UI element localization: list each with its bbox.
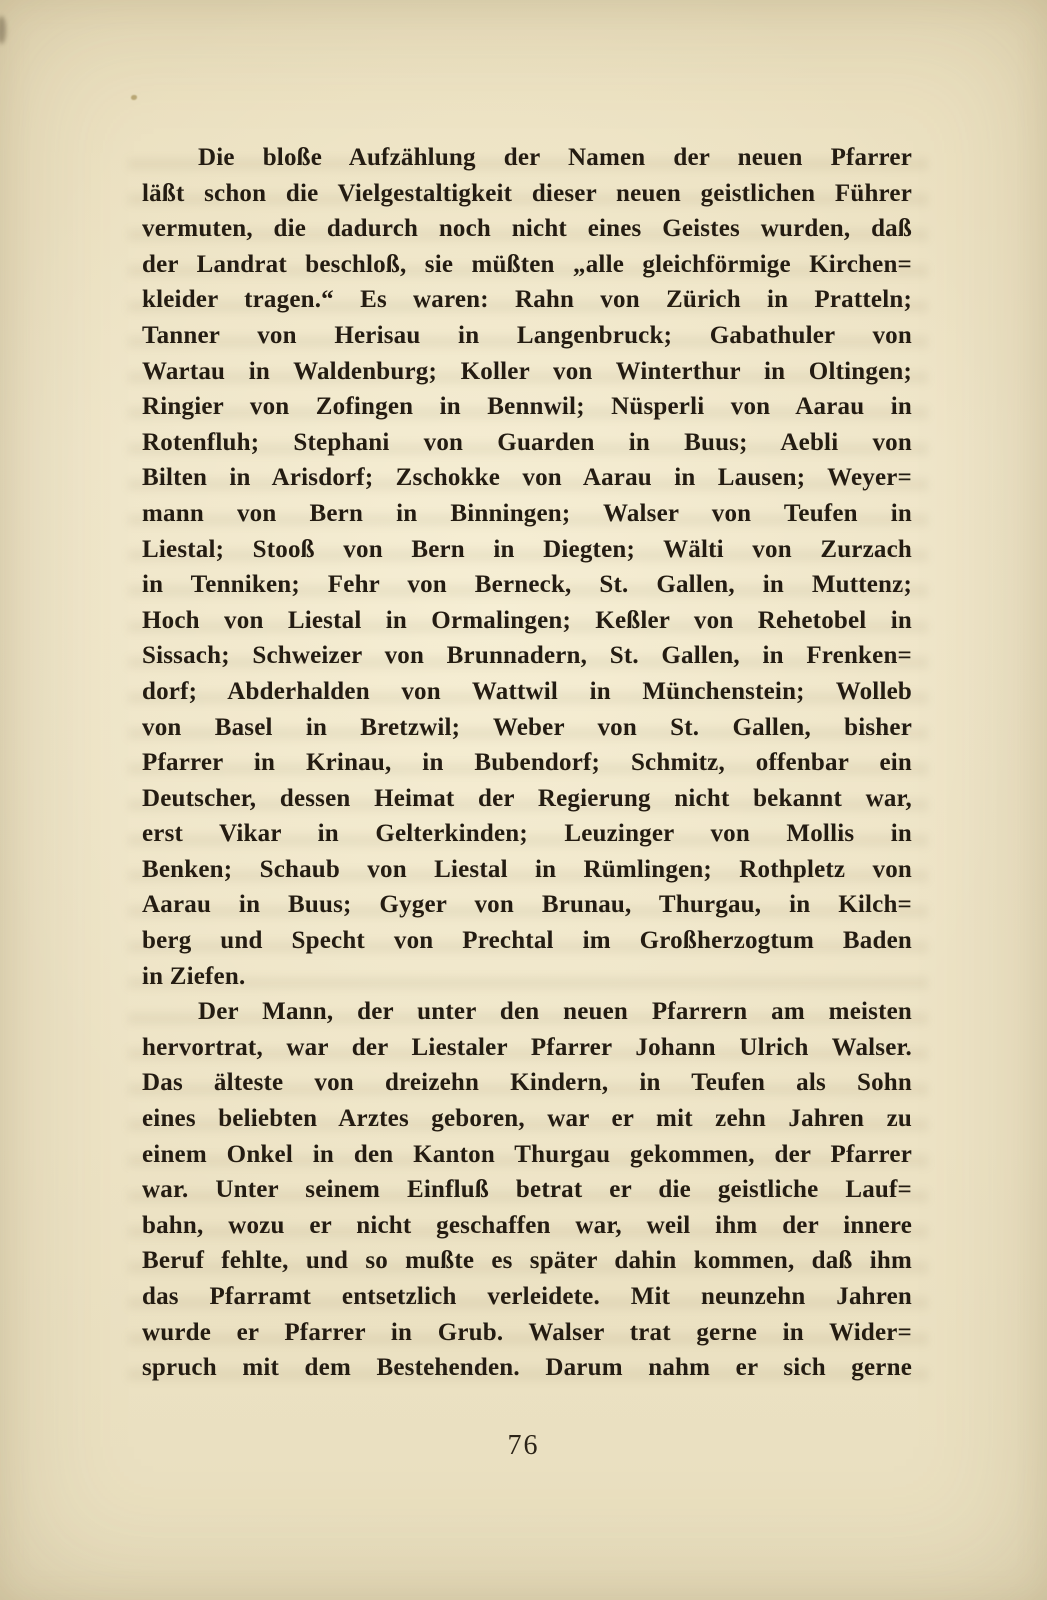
text-line: in Ziefen. <box>142 959 912 995</box>
text-line: spruch mit dem Bestehenden. Darum nahm e… <box>142 1350 912 1386</box>
text-line: Der Mann, der unter den neuen Pfarrern a… <box>142 994 912 1030</box>
text-line: Pfarrer in Krinau, in Bubendorf; Schmitz… <box>142 745 912 781</box>
text-line: Beruf fehlte, und so mußte es später dah… <box>142 1243 912 1279</box>
text-line: der Landrat beschloß, sie müßten „alle g… <box>142 247 912 283</box>
text-line: Wartau in Waldenburg; Koller von Wintert… <box>142 354 912 390</box>
edge-smudge <box>0 16 6 44</box>
text-line: dorf; Abderhalden von Wattwil in München… <box>142 674 912 710</box>
scanned-book-page: Die bloße Aufzählung der Namen der neuen… <box>0 0 1047 1600</box>
text-line: Das älteste von dreizehn Kindern, in Teu… <box>142 1065 912 1101</box>
paragraph-1: Die bloße Aufzählung der Namen der neuen… <box>142 140 912 994</box>
text-line: einem Onkel in den Kanton Thurgau gekomm… <box>142 1137 912 1173</box>
text-line: Benken; Schaub von Liestal in Rümlingen;… <box>142 852 912 888</box>
page-number: 76 <box>0 1430 1047 1462</box>
paper-speck <box>131 95 137 100</box>
text-line: in Tenniken; Fehr von Berneck, St. Galle… <box>142 567 912 603</box>
text-line: mann von Bern in Binningen; Walser von T… <box>142 496 912 532</box>
text-line: eines beliebten Arztes geboren, war er m… <box>142 1101 912 1137</box>
text-line: Die bloße Aufzählung der Namen der neuen… <box>142 140 912 176</box>
text-line: Tanner von Herisau in Langenbruck; Gabat… <box>142 318 912 354</box>
text-line: das Pfarramt entsetzlich verleidete. Mit… <box>142 1279 912 1315</box>
text-line: wurde er Pfarrer in Grub. Walser trat ge… <box>142 1315 912 1351</box>
text-line: von Basel in Bretzwil; Weber von St. Gal… <box>142 710 912 746</box>
text-line: kleider tragen.“ Es waren: Rahn von Züri… <box>142 282 912 318</box>
text-line: Bilten in Arisdorf; Zschokke von Aarau i… <box>142 460 912 496</box>
text-block: Die bloße Aufzählung der Namen der neuen… <box>142 140 912 1386</box>
text-line: Sissach; Schweizer von Brunnadern, St. G… <box>142 638 912 674</box>
text-line: Deutscher, dessen Heimat der Regierung n… <box>142 781 912 817</box>
text-line: Ringier von Zofingen in Bennwil; Nüsperl… <box>142 389 912 425</box>
text-line: bahn, wozu er nicht geschaffen war, weil… <box>142 1208 912 1244</box>
text-line: Hoch von Liestal in Ormalingen; Keßler v… <box>142 603 912 639</box>
text-line: Aarau in Buus; Gyger von Brunau, Thurgau… <box>142 887 912 923</box>
text-line: läßt schon die Vielgestaltigkeit dieser … <box>142 176 912 212</box>
text-line: Rotenfluh; Stephani von Guarden in Buus;… <box>142 425 912 461</box>
text-line: erst Vikar in Gelterkinden; Leuzinger vo… <box>142 816 912 852</box>
text-line: Liestal; Stooß von Bern in Diegten; Wält… <box>142 532 912 568</box>
paragraph-2: Der Mann, der unter den neuen Pfarrern a… <box>142 994 912 1386</box>
text-line: vermuten, die dadurch noch nicht eines G… <box>142 211 912 247</box>
text-line: berg und Specht von Prechtal im Großherz… <box>142 923 912 959</box>
text-line: hervortrat, war der Liestaler Pfarrer Jo… <box>142 1030 912 1066</box>
text-line: war. Unter seinem Einfluß betrat er die … <box>142 1172 912 1208</box>
